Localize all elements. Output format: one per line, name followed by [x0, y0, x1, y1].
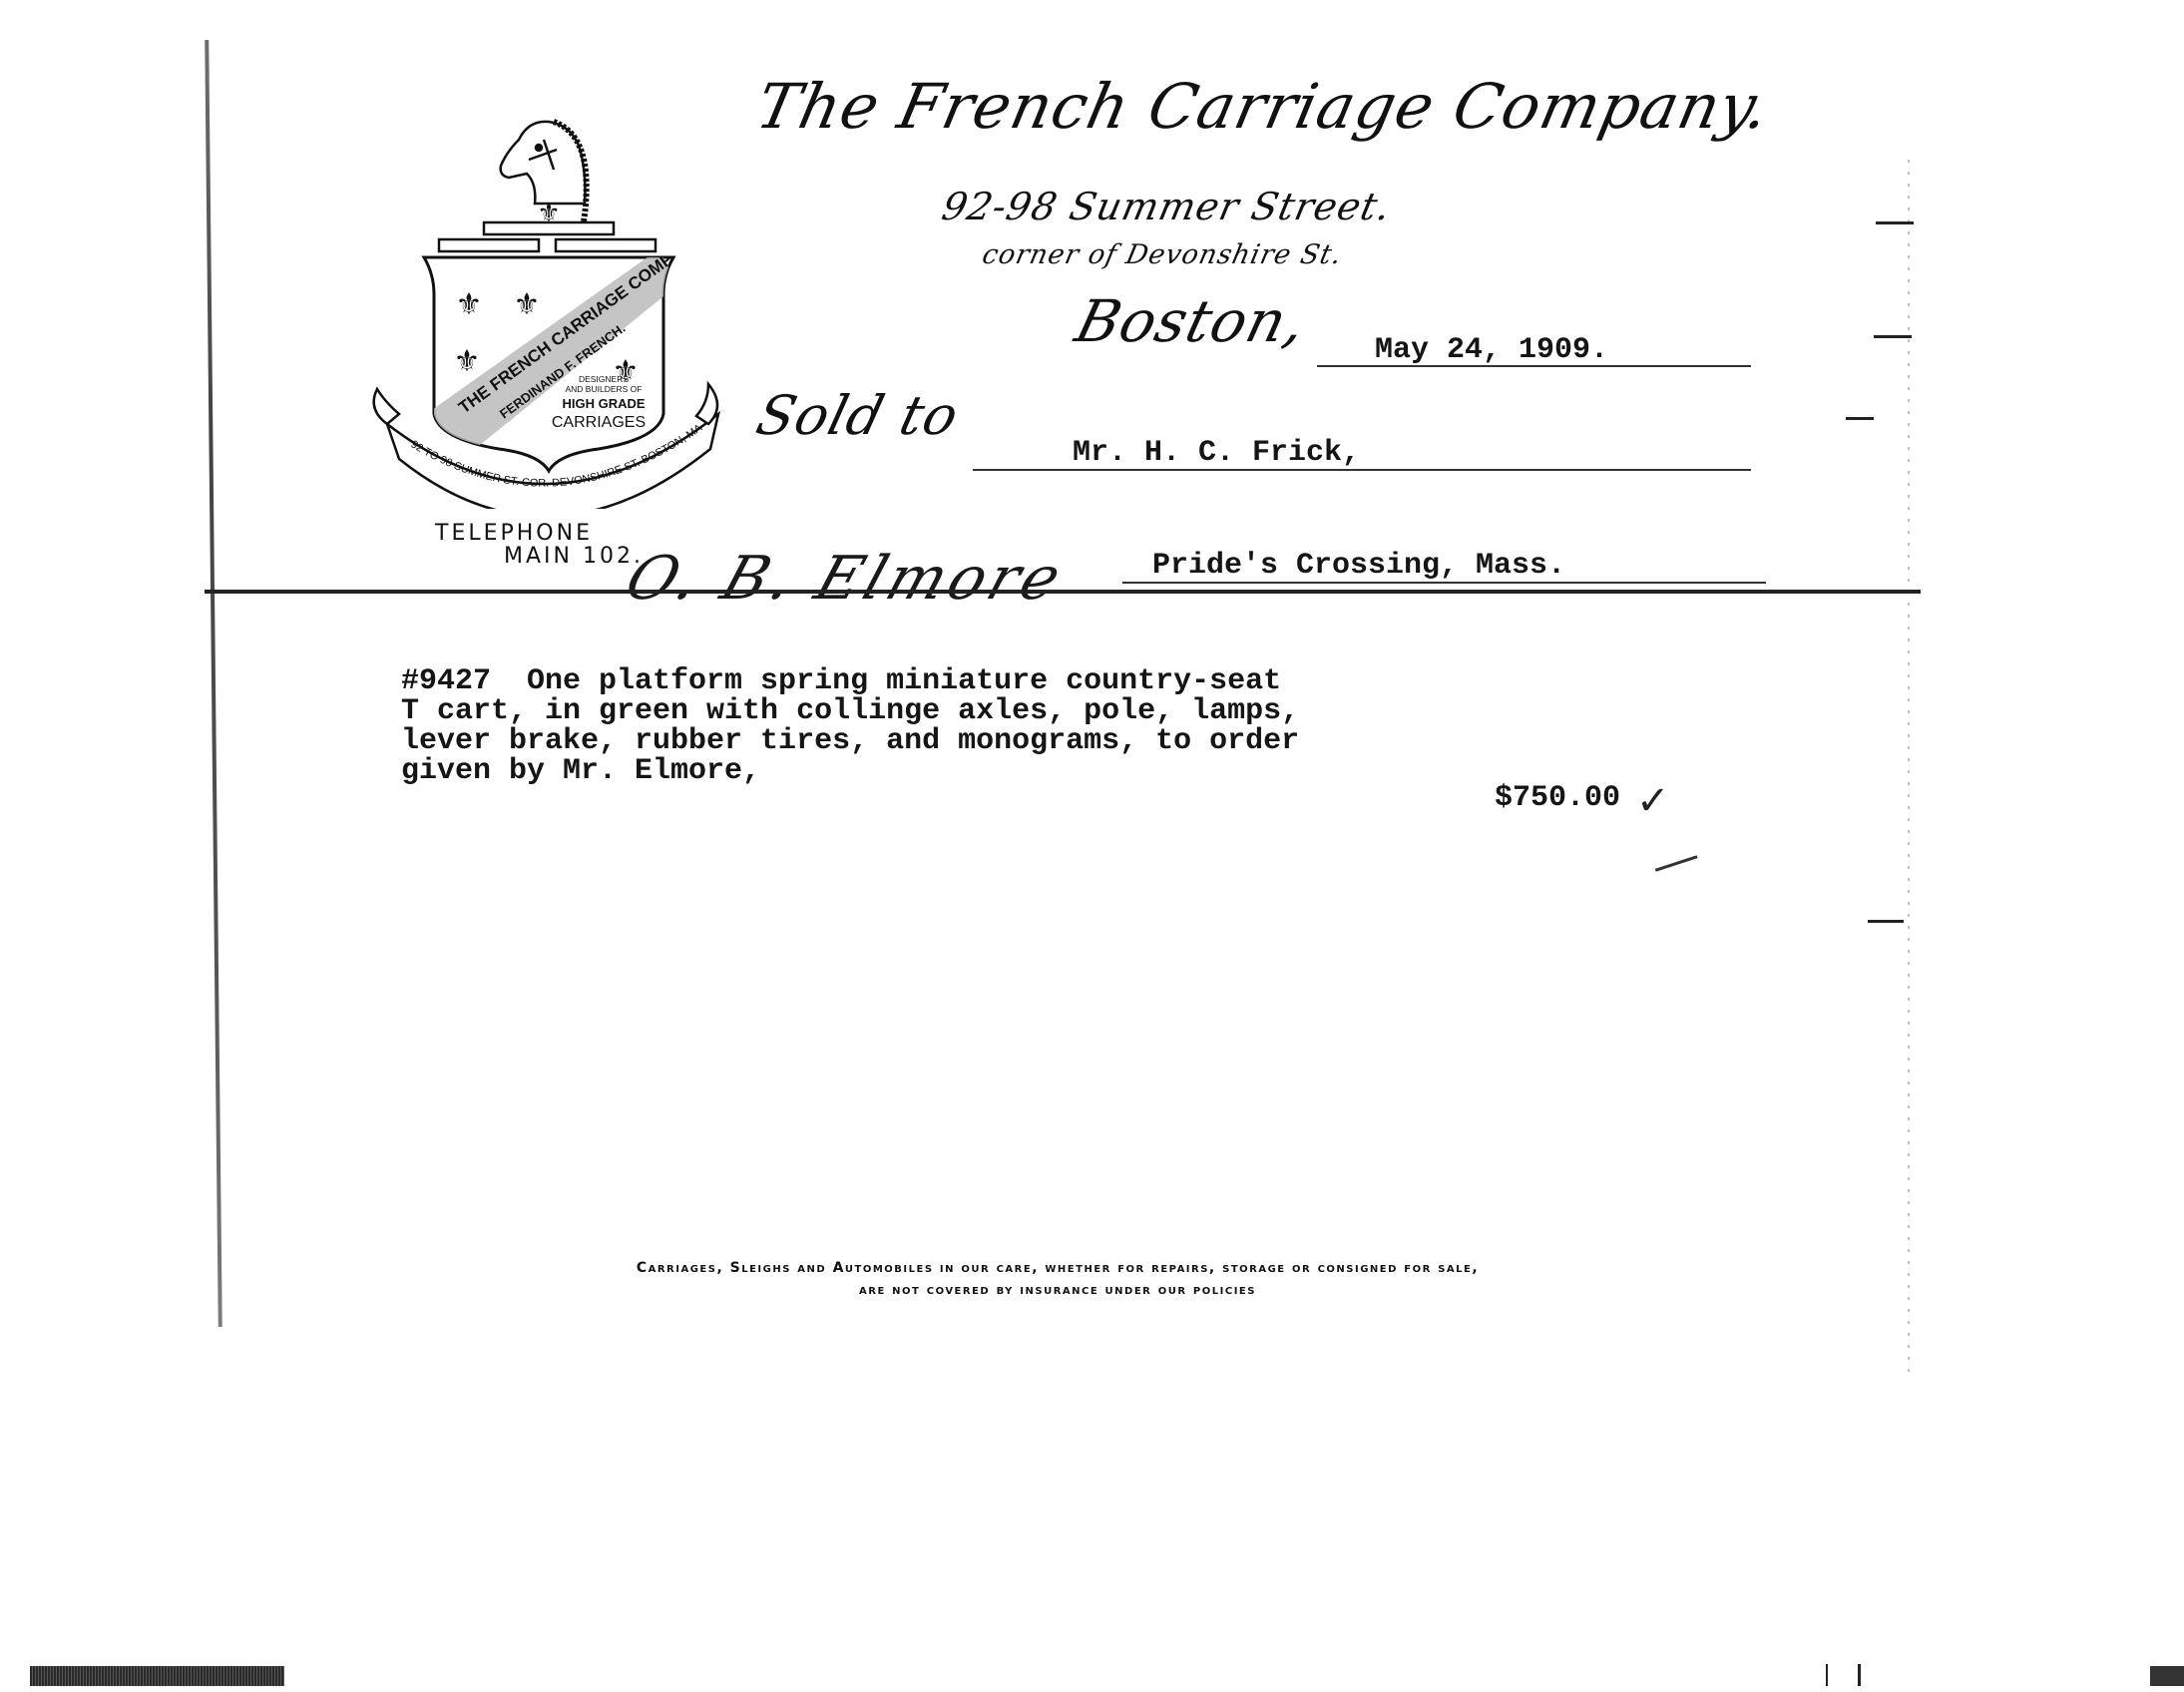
- street-address: 92-98 Summer Street.: [938, 185, 1395, 228]
- header-divider: [205, 590, 1921, 594]
- invoice-amount: $750.00: [1495, 781, 1620, 815]
- company-crest-logo: ⚜ THE FRENCH CARRIAGE COMPANY, FERDINAND…: [359, 110, 728, 509]
- crest-carriages: CARRIAGES: [552, 414, 646, 431]
- crest-designers: DESIGNERS: [579, 374, 629, 384]
- margin-tick: [1876, 221, 1914, 224]
- description-line: lever brake, rubber tires, and monograms…: [401, 726, 1299, 756]
- corner-address: corner of Devonshire St.: [980, 239, 1345, 270]
- company-name: The French Carriage Company.: [750, 70, 1776, 143]
- crest-high-grade: HIGH GRADE: [562, 396, 645, 411]
- scan-border-left: [30, 1666, 284, 1686]
- description-line: T cart, in green with collinge axles, po…: [401, 696, 1299, 726]
- description-line: given by Mr. Elmore,: [401, 756, 1299, 786]
- invoice-date: May 24, 1909.: [1375, 333, 1608, 367]
- check-mark-icon: ✓: [1636, 778, 1670, 824]
- margin-tick: [1846, 417, 1874, 420]
- customer-name: Mr. H. C. Frick,: [1073, 436, 1360, 470]
- margin-tick: [1868, 920, 1904, 923]
- fleur-de-lis-icon: ⚜: [456, 288, 483, 321]
- disclaimer-line: are not covered by insurance under our p…: [469, 1279, 1646, 1301]
- customer-address: Pride's Crossing, Mass.: [1152, 549, 1565, 583]
- scan-mark: [1826, 1664, 1861, 1686]
- sold-to-label: Sold to: [750, 384, 965, 447]
- page-right-edge: [1908, 160, 1910, 1377]
- fleur-de-lis-icon: ⚜: [454, 345, 481, 378]
- page-left-edge: [205, 40, 222, 1327]
- telephone-number: MAIN 102.: [504, 544, 644, 569]
- fleur-de-lis-icon: ⚜: [514, 288, 541, 321]
- insurance-disclaimer: Carriages, Sleighs and Automobiles in ou…: [469, 1257, 1646, 1301]
- initials-mark: [1642, 817, 1697, 871]
- description-line: #9427 One platform spring miniature coun…: [401, 666, 1299, 696]
- signature: O. B. Elmore: [618, 544, 1074, 614]
- margin-tick: [1874, 335, 1912, 338]
- scan-border-right: [2150, 1666, 2184, 1686]
- city-label: Boston,: [1070, 287, 1314, 355]
- disclaimer-line: Carriages, Sleighs and Automobiles in ou…: [469, 1257, 1646, 1279]
- telephone-label: TELEPHONE: [435, 521, 593, 546]
- crest-builders: AND BUILDERS OF: [566, 384, 643, 394]
- item-description: #9427 One platform spring miniature coun…: [401, 666, 1299, 786]
